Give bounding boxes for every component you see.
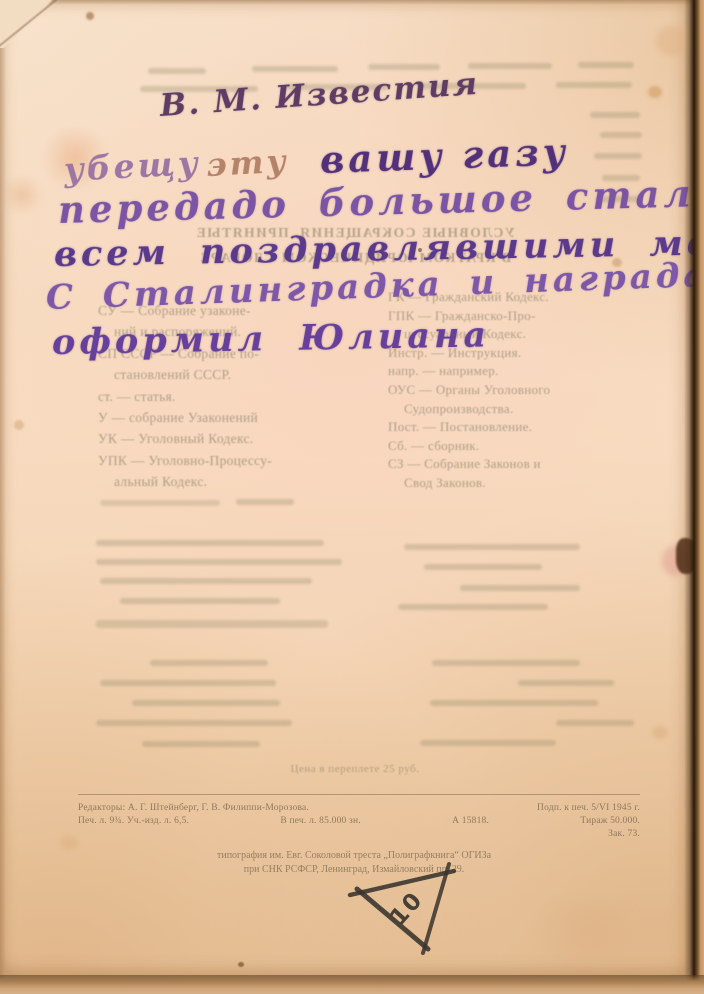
ghost-abbrev-line: альный Кодекс. bbox=[98, 471, 370, 492]
triangle-stamp: 10 bbox=[344, 850, 466, 964]
ghost-smudge-line bbox=[594, 153, 642, 159]
ghost-abbrev-line: Свод Законов. bbox=[388, 474, 660, 493]
ghost-smudge-line bbox=[142, 741, 260, 747]
handwriting-line-2b: эту bbox=[205, 142, 290, 184]
ghost-smudge-line bbox=[398, 604, 548, 610]
handwriting-line-2c: вашу газу bbox=[319, 129, 569, 182]
imprint-row-2: Печ. л. 9¾. Уч.-изд. л. 6,5. В печ. л. 8… bbox=[78, 815, 640, 828]
ghost-smudge-line bbox=[100, 500, 220, 506]
ghost-smudge-line bbox=[590, 112, 640, 118]
page-top-shadow bbox=[0, 0, 704, 5]
imprint-sheets: Печ. л. 9¾. Уч.-изд. л. 6,5. bbox=[78, 815, 189, 828]
page-bottom-edge bbox=[0, 975, 704, 994]
stain bbox=[2, 175, 42, 215]
ghost-smudge-line bbox=[96, 559, 342, 565]
ghost-smudge-line bbox=[460, 585, 580, 591]
imprint-row-3: Зак. 73. bbox=[78, 828, 640, 841]
ghost-smudge-line bbox=[556, 720, 634, 726]
stain bbox=[520, 900, 660, 960]
ghost-abbrev-line: ОУС — Органы Уголовного bbox=[388, 381, 660, 400]
ghost-abbrev-line: УК — Уголовный Кодекс. bbox=[98, 428, 370, 449]
price-line: Цена в переплете 25 руб. bbox=[232, 763, 478, 775]
ghost-abbrev-line: ст. — статья. bbox=[98, 386, 370, 407]
imprint-editors: Редакторы: А. Г. Штейнберг, Г. В. Филипп… bbox=[78, 802, 309, 815]
imprint-row-1: Редакторы: А. Г. Штейнберг, Г. В. Филипп… bbox=[78, 802, 640, 815]
handwriting-line-6: оформил Юлиана bbox=[52, 314, 491, 363]
ghost-smudge-line bbox=[556, 82, 632, 88]
imprint-tirazh: Тираж 50.000. bbox=[580, 815, 640, 828]
ghost-abbrev-line: напр. — например. bbox=[388, 362, 660, 381]
ghost-smudge-line bbox=[132, 700, 280, 706]
handwriting-line-1: В. М. Известия bbox=[159, 66, 480, 124]
handwriting-line-2a: убещу bbox=[63, 143, 202, 189]
ghost-smudge-line bbox=[96, 720, 292, 726]
ghost-smudge-line bbox=[518, 680, 614, 686]
ghost-abbrev-line: становлений СССР. bbox=[98, 364, 370, 385]
ghost-smudge-line bbox=[468, 63, 552, 69]
imprint-signed-date: Подп. к печ. 5/VI 1945 г. bbox=[537, 802, 640, 815]
ghost-abbrev-line: У — собрание Узаконений bbox=[98, 407, 370, 428]
ghost-smudge-line bbox=[148, 68, 206, 74]
corner-crease bbox=[0, 0, 58, 48]
ghost-smudge-line bbox=[150, 660, 268, 666]
ghost-smudge-line bbox=[420, 740, 556, 746]
imprint-block: Редакторы: А. Г. Штейнберг, Г. В. Филипп… bbox=[78, 794, 640, 841]
ghost-abbrev-line: Пост. — Постановление. bbox=[388, 418, 660, 437]
ghost-smudge-line bbox=[432, 660, 580, 666]
ghost-smudge-line bbox=[100, 578, 312, 584]
stain bbox=[14, 420, 24, 430]
stain bbox=[648, 86, 662, 98]
ghost-smudge-line bbox=[424, 564, 542, 570]
ghost-smudge-line bbox=[600, 132, 642, 138]
imprint-zakaz: Зак. 73. bbox=[608, 828, 640, 841]
ghost-smudge-line bbox=[96, 540, 324, 546]
imprint-rule bbox=[78, 794, 640, 795]
ghost-smudge-line bbox=[120, 598, 280, 604]
stain bbox=[652, 726, 668, 739]
page-right-edge bbox=[684, 0, 704, 994]
ghost-smudge-line bbox=[430, 700, 598, 706]
paper-background: УСЛОВНЫЕ СОКРАЩЕНИЯ, ПРИНЯТЫЕ В КРАТКОМ … bbox=[0, 0, 690, 978]
stamp-top-edge bbox=[350, 871, 454, 895]
ghost-smudge-line bbox=[252, 66, 338, 72]
page-left-shadow bbox=[0, 0, 6, 978]
ghost-smudge-line bbox=[100, 680, 276, 686]
ghost-abbrev-line: УПК — Уголовно-Процессу- bbox=[98, 450, 370, 471]
stain bbox=[238, 962, 244, 967]
ghost-smudge-line bbox=[96, 620, 328, 628]
ghost-abbrev-line: Сб. — сборник. bbox=[388, 437, 660, 456]
stamp-number: 10 bbox=[385, 887, 428, 931]
ghost-smudge-line bbox=[578, 62, 634, 68]
imprint-signs: В печ. л. 85.000 зн. bbox=[280, 815, 361, 828]
ghost-abbrev-line: СЗ — Собрание Законов и bbox=[388, 455, 660, 474]
stain bbox=[60, 836, 78, 850]
ghost-abbrev-line: Судопроизводства. bbox=[388, 400, 660, 419]
ghost-smudge-line bbox=[404, 544, 580, 550]
ghost-smudge-line bbox=[236, 499, 294, 505]
imprint-a-number: А 15818. bbox=[452, 815, 489, 828]
stain bbox=[86, 12, 94, 20]
scanned-book-page: УСЛОВНЫЕ СОКРАЩЕНИЯ, ПРИНЯТЫЕ В КРАТКОМ … bbox=[0, 0, 704, 994]
